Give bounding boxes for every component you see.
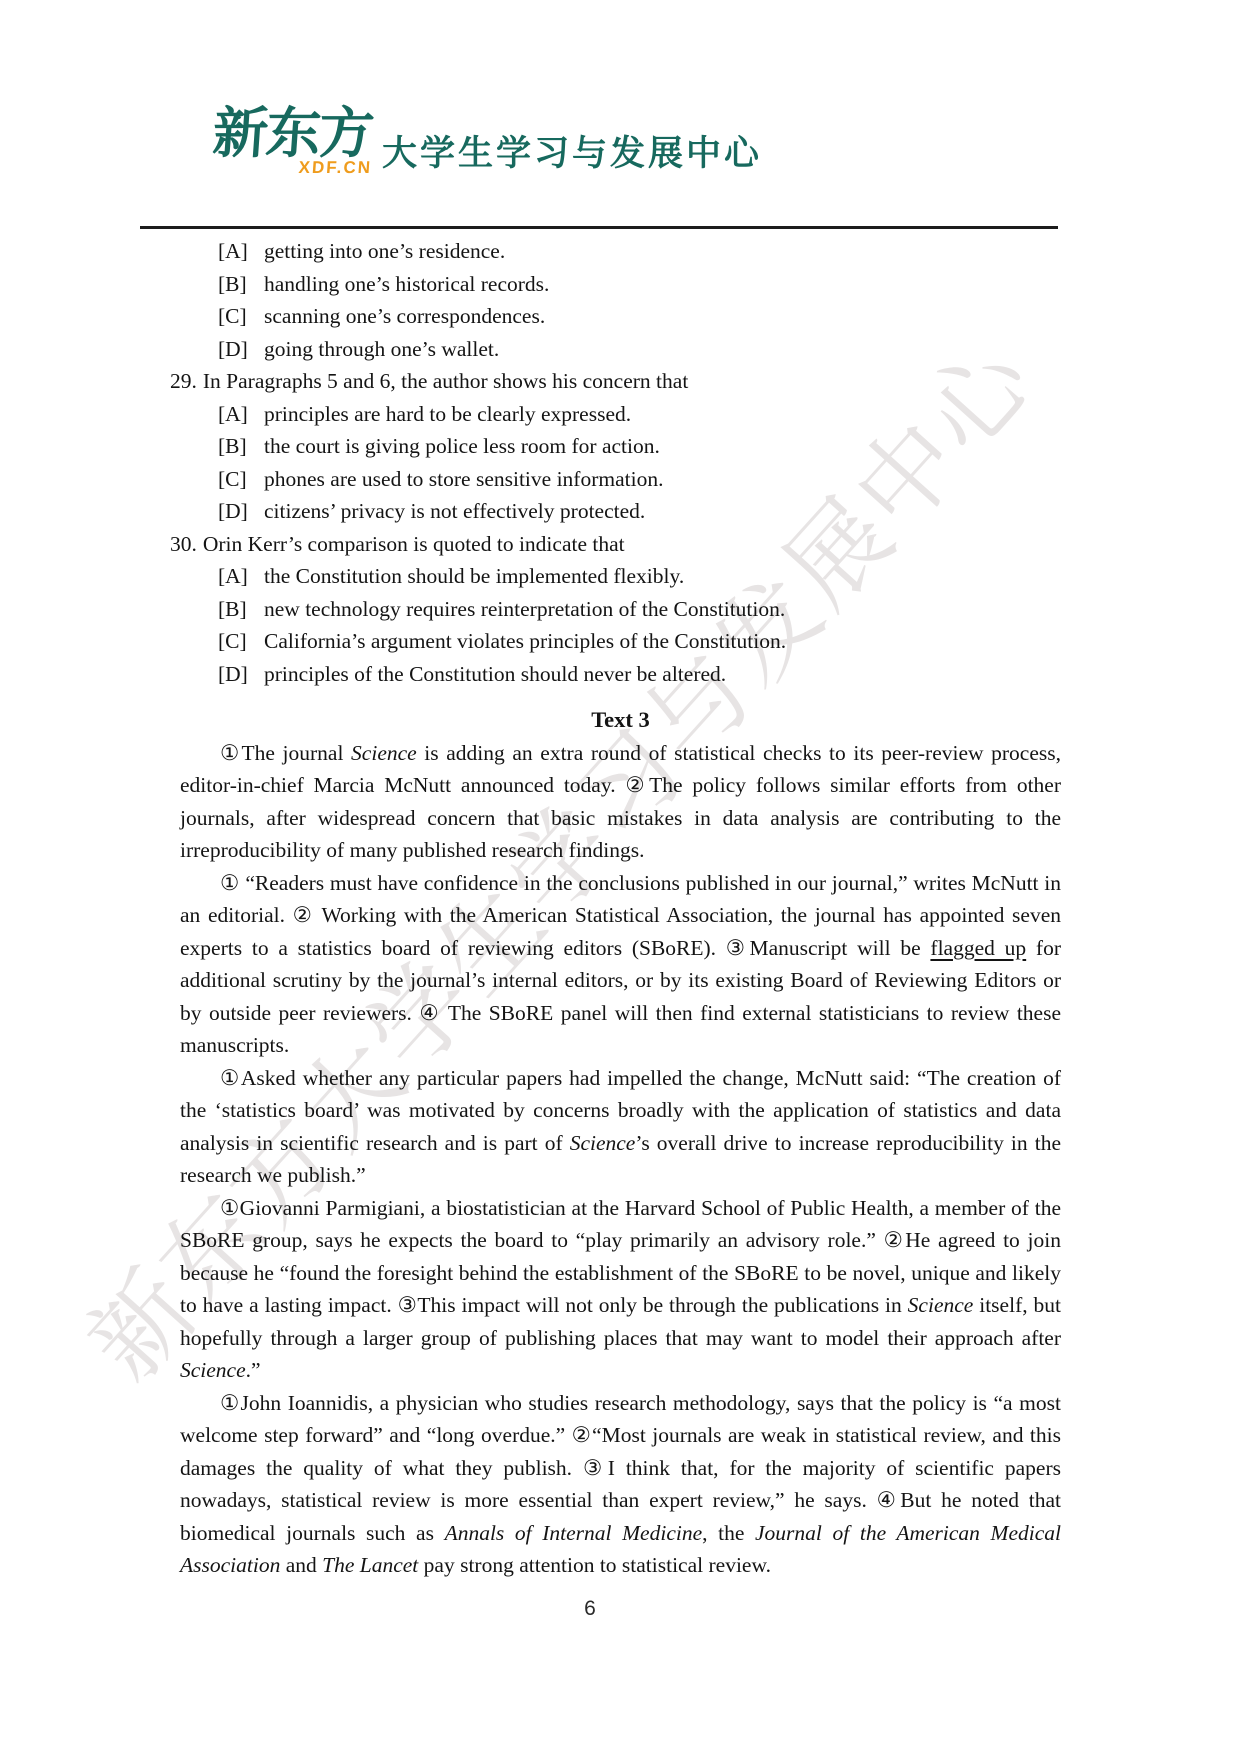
option-label: [D] [218,333,264,366]
option-label: [A] [218,398,264,431]
passage-paragraph-1: ①The journal Science is adding an extra … [180,737,1061,867]
option-label: [B] [218,430,264,463]
option-row-30c: [C] California’s argument violates princ… [180,625,1061,658]
option-row-29d: [D] citizens’ privacy is not effectively… [180,495,1061,528]
option-label: [B] [218,593,264,626]
page-number: 6 [150,1597,1030,1621]
passage-paragraph-3: ①Asked whether any particular papers had… [180,1062,1061,1192]
option-text: citizens’ privacy is not effectively pro… [264,495,1061,528]
passage-title: Text 3 [180,704,1061,737]
passage-paragraph-2: ① “Readers must have confidence in the c… [180,867,1061,1062]
option-row-28b: [B] handling one’s historical records. [180,268,1061,301]
exam-document-page: 新东方大学生学习与发展中心 新东方 XDF.CN 大学生学习与发展中心 [A] … [0,0,1241,1754]
question-text: In Paragraphs 5 and 6, the author shows … [203,369,688,393]
option-label: [A] [218,235,264,268]
option-label: [C] [218,463,264,496]
option-text: getting into one’s residence. [264,235,1061,268]
question-29-stem: 29.In Paragraphs 5 and 6, the author sho… [170,365,1061,398]
option-text: California’s argument violates principle… [264,625,1061,658]
option-label: [C] [218,300,264,333]
option-text: the Constitution should be implemented f… [264,560,1061,593]
option-text: principles of the Constitution should ne… [264,658,1061,691]
option-text: scanning one’s correspondences. [264,300,1061,333]
exam-content: [A] getting into one’s residence. [B] ha… [180,235,1061,1582]
option-row-29c: [C] phones are used to store sensitive i… [180,463,1061,496]
option-text: going through one’s wallet. [264,333,1061,366]
option-text: handling one’s historical records. [264,268,1061,301]
option-text: phones are used to store sensitive infor… [264,463,1061,496]
option-row-30d: [D] principles of the Constitution shoul… [180,658,1061,691]
option-row-30a: [A] the Constitution should be implement… [180,560,1061,593]
option-label: [A] [218,560,264,593]
option-row-28a: [A] getting into one’s residence. [180,235,1061,268]
passage-paragraph-4: ①Giovanni Parmigiani, a biostatistician … [180,1192,1061,1387]
option-label: [B] [218,268,264,301]
option-label: [C] [218,625,264,658]
question-30-stem: 30.Orin Kerr’s comparison is quoted to i… [170,528,1061,561]
option-text: the court is giving police less room for… [264,430,1061,463]
xdf-logo-wordmark: 新东方 [211,106,374,161]
option-label: [D] [218,495,264,528]
org-title: 大学生学习与发展中心 [382,126,762,176]
option-row-28d: [D] going through one’s wallet. [180,333,1061,366]
header-divider [140,226,1058,229]
xdf-logo-domain: XDF.CN [212,159,372,176]
question-text: Orin Kerr’s comparison is quoted to indi… [203,532,625,556]
option-text: new technology requires reinterpretation… [264,593,1061,626]
option-row-30b: [B] new technology requires reinterpreta… [180,593,1061,626]
passage-paragraph-5: ①John Ioannidis, a physician who studies… [180,1387,1061,1582]
xdf-logo: 新东方 XDF.CN [213,106,372,176]
option-row-29a: [A] principles are hard to be clearly ex… [180,398,1061,431]
option-row-29b: [B] the court is giving police less room… [180,430,1061,463]
option-label: [D] [218,658,264,691]
option-text: principles are hard to be clearly expres… [264,398,1061,431]
option-row-28c: [C] scanning one’s correspondences. [180,300,1061,333]
question-number: 29. [170,369,197,393]
question-number: 30. [170,532,197,556]
